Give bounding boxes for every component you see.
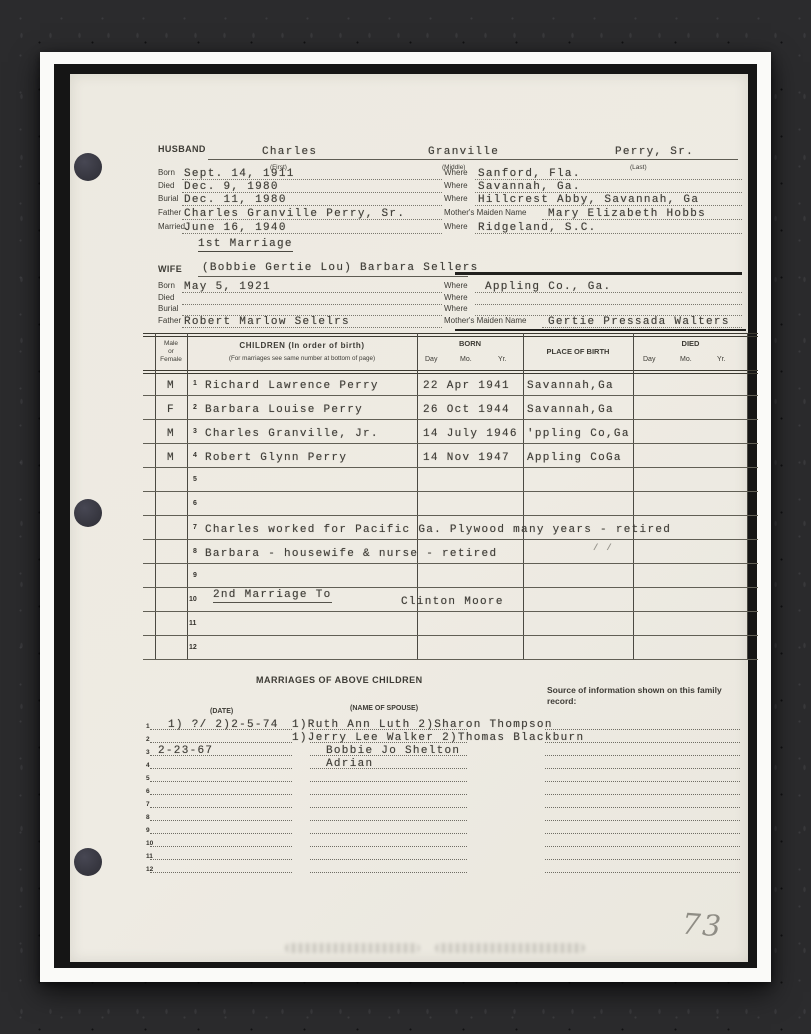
table-note: Barbara - housewife & nurse - retired [205,548,497,560]
marriage-spouse-line [310,820,467,821]
row-line [143,395,758,396]
marriage-date: 1) ?/ 2)2-5-74 [168,719,279,731]
child-row-number: 2 [193,404,197,411]
page-number: 73 [681,907,724,944]
marriages-title: MARRIAGES OF ABOVE CHILDREN [256,675,423,685]
marriage-spouse: Adrian [326,758,373,770]
second-marriage-note: 2nd Marriage To [213,589,332,603]
child-row-number: 3 [193,428,197,435]
table-top-border [143,333,758,337]
row-line [143,563,758,564]
child-born-date: 14 Nov 1947 [423,452,510,464]
child-name: Robert Glynn Perry [205,452,347,464]
heavy-scan-line [455,272,742,275]
field-value: Mary Elizabeth Hobbs [548,208,706,220]
child-name: Richard Lawrence Perry [205,380,379,392]
scan-smudge [435,943,585,953]
marriage-spouse-line [310,872,467,873]
table-note: Charles worked for Pacific Ga. Plywood m… [205,524,671,536]
source-heading: Source of information shown on this fami… [547,685,745,707]
field-label: Father [158,316,181,325]
marriage-spouse: Bobbie Jo Shelton [326,745,460,757]
marriage-source-line [545,729,740,730]
row-line [143,491,758,492]
marriage-spouse-line [310,846,467,847]
field-value: Sanford, Fla. [478,168,581,180]
photo-of-archival-page: { "page_number": "73", "colors": { "back… [0,0,811,1034]
spouse-column-label: (NAME OF SPOUSE) [350,705,418,712]
died-header: DIED [633,339,748,348]
marriage-source-line [545,846,740,847]
husband-last-name: Perry, Sr. [615,146,694,158]
row-line [143,443,758,444]
second-marriage-spouse: Clinton Moore [401,596,504,608]
row-line [143,635,758,636]
child-name: Barbara Louise Perry [205,404,363,416]
child-row-number: 1 [193,380,197,387]
field-label: Born [158,168,175,177]
child-birth-place: Savannah,Ga [527,404,614,416]
field-label: Burial [158,304,178,313]
field-value: Appling Co., Ga. [485,281,611,293]
husband-name-rule [208,159,738,160]
field-label: Died [158,293,174,302]
field-label: Where [444,293,468,302]
child-birth-place: Savannah,Ga [527,380,614,392]
field-label: Father [158,208,181,217]
marriage-date-line [150,807,292,808]
child-row-number: 8 [193,548,197,555]
marriage-source-line [545,833,740,834]
marriage-date-line [150,872,292,873]
marriage-spouse-line [310,794,467,795]
wife-name: (Bobbie Gertie Lou) Barbara Sellers [202,262,479,274]
row-line [143,611,758,612]
field-label: Married [158,222,185,231]
sex-header-line1: Male [155,340,187,347]
child-sex: M [155,380,187,392]
field-value: Dec. 11, 1980 [184,194,287,206]
child-row-number: 12 [189,644,197,651]
died-yr-label: Yr. [717,356,726,363]
child-born-date: 22 Apr 1941 [423,380,510,392]
field-label: Burial [158,194,178,203]
place-of-birth-header: PLACE OF BIRTH [523,347,633,356]
children-header-sub: (For marriages see same number at bottom… [187,355,417,362]
child-row-number: 10 [189,596,197,603]
field-rule [475,304,742,305]
field-label: Died [158,181,174,190]
marriage-date-line [150,820,292,821]
child-sex: M [155,428,187,440]
field-label: Where [444,304,468,313]
child-name: Charles Granville, Jr. [205,428,379,440]
row-line [143,659,758,660]
field-value: Dec. 9, 1980 [184,181,279,193]
date-column-label: (DATE) [210,708,233,715]
row-line [143,419,758,420]
marriage-spouse: 1)Ruth Ann Luth 2)Sharon Thompson [292,719,553,731]
marriage-spouse-line [310,781,467,782]
died-day-label: Day [643,356,655,363]
field-label: Where [444,194,468,203]
field-value: Sept. 14, 1911 [184,168,295,180]
last-sublabel: (Last) [630,164,647,171]
children-header-title: CHILDREN (In order of birth) [187,341,417,350]
field-label: Where [444,181,468,190]
hole-punch-icon [74,848,102,876]
first-marriage-note: 1st Marriage [198,238,293,252]
field-value: June 16, 1940 [184,222,287,234]
child-row-number: 4 [193,452,197,459]
marriage-source-line [545,768,740,769]
sex-header-line2: or [155,348,187,355]
husband-label: HUSBAND [158,144,206,154]
marriage-source-line [545,755,740,756]
field-label: Mother's Maiden Name [444,316,526,325]
marriage-date-line [150,794,292,795]
row-line [143,515,758,516]
child-row-number: 5 [193,476,197,483]
marriage-source-line [545,872,740,873]
hole-punch-icon [74,499,102,527]
marriage-spouse-line [310,859,467,860]
wife-name-rule [198,276,468,277]
photo-print-frame: HUSBAND Charles Granville Perry, Sr. (Fi… [40,52,771,982]
field-rule [182,304,442,305]
marriage-source-line [545,859,740,860]
child-sex: M [155,452,187,464]
field-label: Born [158,281,175,290]
marriage-spouse: 1)Jerry Lee Walker 2)Thomas Blackburn [292,732,584,744]
died-mo-label: Mo. [680,356,692,363]
marriage-date: 2-23-67 [158,745,213,757]
stray-marks: / / [593,543,613,553]
child-sex: F [155,404,187,416]
wife-label: WIFE [158,264,182,274]
born-day-label: Day [425,356,437,363]
field-label: Where [444,281,468,290]
husband-middle-name: Granville [428,146,499,158]
row-line [143,467,758,468]
heavy-scan-line [455,329,746,331]
field-value: Robert Marlow Selelrs [184,316,350,328]
marriage-date-line [150,742,292,743]
born-yr-label: Yr. [498,356,507,363]
field-label: Where [444,168,468,177]
header-separator [143,370,758,374]
hole-punch-icon [74,153,102,181]
child-row-number: 9 [193,572,197,579]
husband-first-name: Charles [262,146,317,158]
field-value: Hillcrest Abby, Savannah, Ga [478,194,699,206]
marriage-source-line [545,781,740,782]
row-line [143,539,758,540]
child-born-date: 14 July 1946 [423,428,518,440]
family-record-page: HUSBAND Charles Granville Perry, Sr. (Fi… [70,74,748,962]
sex-header-line3: Female [155,356,187,363]
marriage-date-line [150,768,292,769]
field-value: Gertie Pressada Walters [548,316,730,328]
marriage-spouse-line [310,807,467,808]
marriage-source-line [545,794,740,795]
marriage-source-line [545,807,740,808]
child-row-number: 6 [193,500,197,507]
marriage-spouse-line [310,833,467,834]
marriage-date-line [150,833,292,834]
child-birth-place: 'ppling Co,Ga [527,428,630,440]
marriage-date-line [150,859,292,860]
child-birth-place: Appling CoGa [527,452,622,464]
field-value: Charles Granville Perry, Sr. [184,208,405,220]
field-value: Savannah, Ga. [478,181,581,193]
field-label: Where [444,222,468,231]
marriage-date-line [150,846,292,847]
field-label: Mother's Maiden Name [444,208,526,217]
born-header: BORN [417,339,523,348]
row-line [143,587,758,588]
children-table: Male or Female CHILDREN (In order of bir… [155,333,748,660]
marriage-source-line [545,820,740,821]
field-value: Ridgeland, S.C. [478,222,597,234]
child-row-number: 11 [189,620,196,627]
scan-smudge [285,943,420,953]
child-born-date: 26 Oct 1944 [423,404,510,416]
born-mo-label: Mo. [460,356,472,363]
field-value: May 5, 1921 [184,281,271,293]
child-row-number: 7 [193,524,197,531]
marriage-date-line [150,781,292,782]
